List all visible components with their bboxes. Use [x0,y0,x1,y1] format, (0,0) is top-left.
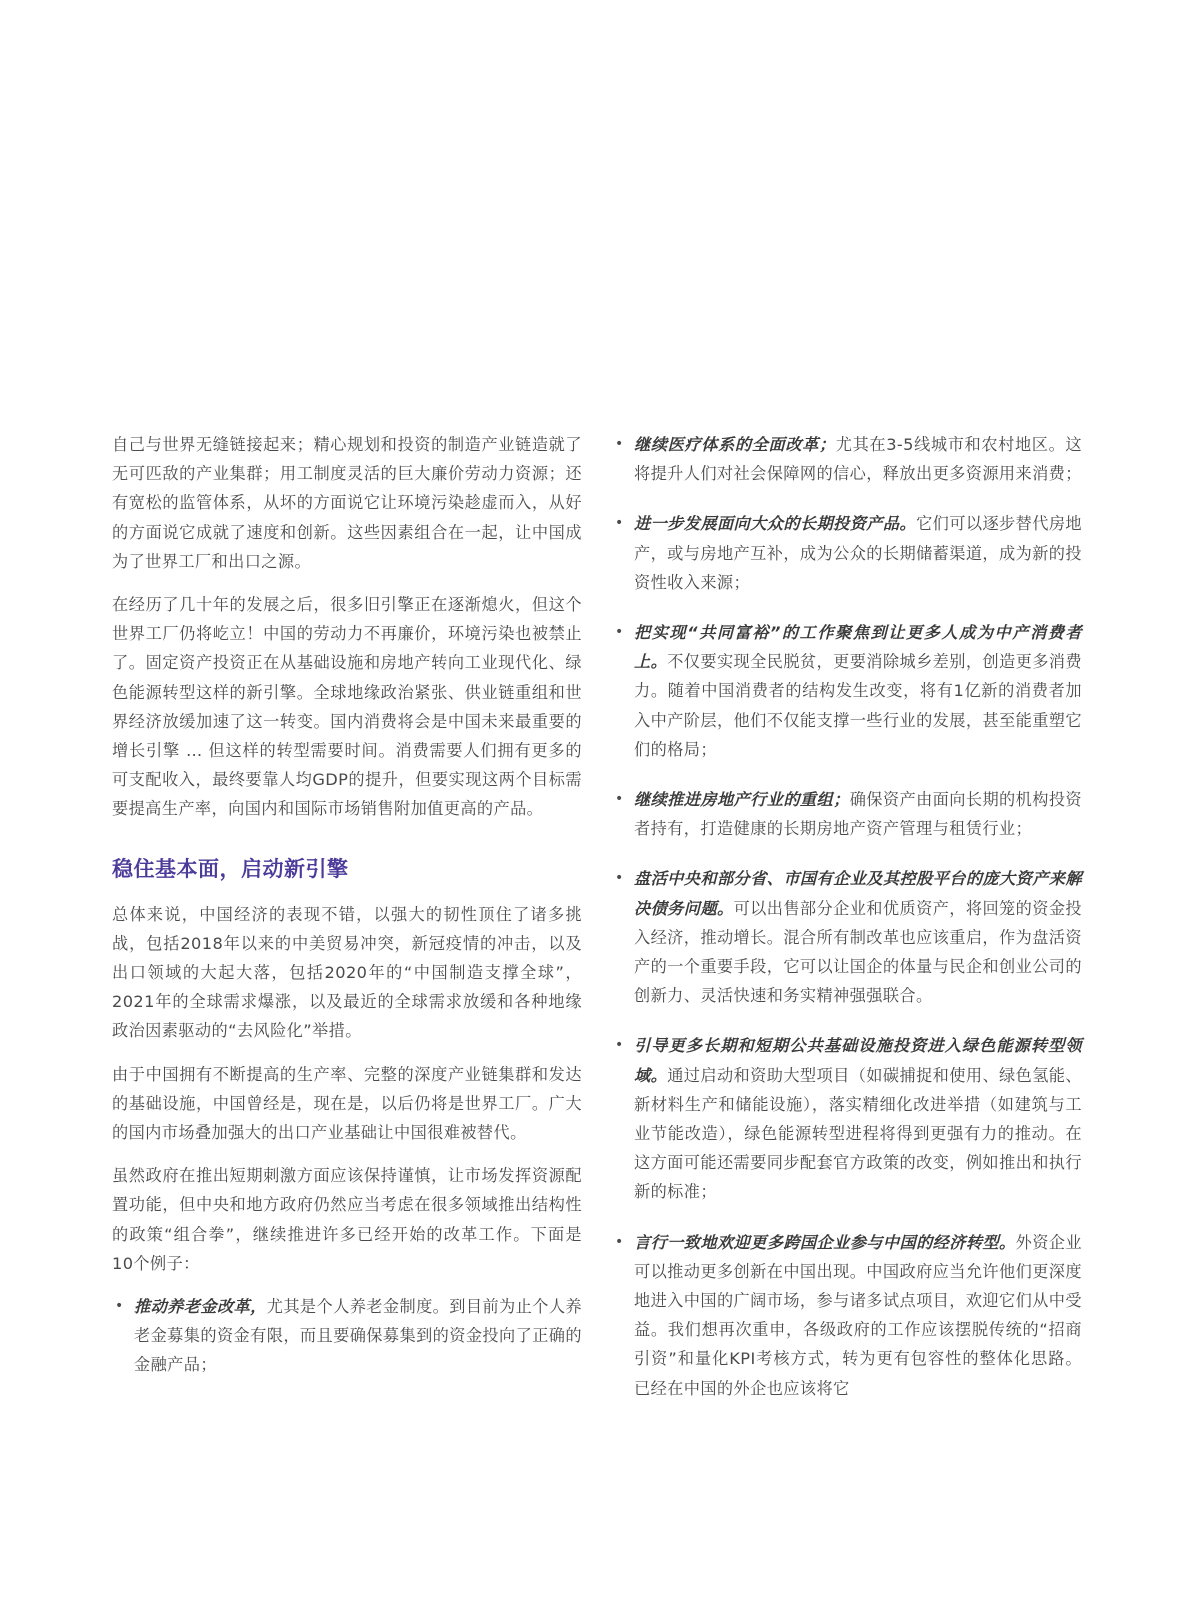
bullet-icon: • [615,785,624,814]
right-column: • 继续医疗体系的全面改革；尤其在3-5线城市和农村地区。这将提升人们对社会保障… [612,430,1082,1424]
left-column: 自己与世界无缝链接起来；精心规划和投资的制造产业链造就了无可匹敌的产业集群；用工… [112,430,582,1401]
bullet-icon: • [615,509,624,538]
bullet-item-real-estate: • 继续推进房地产行业的重组；确保资产由面向长期的机构投资者持有，打造健康的长期… [612,785,1082,843]
bullet-lead: 言行一致地欢迎更多跨国企业参与中国的经济转型。 [634,1233,1016,1252]
body-paragraph: 总体来说，中国经济的表现不错，以强大的韧性顶住了诸多挑战，包括2018年以来的中… [112,900,582,1046]
bullet-icon: • [615,1031,624,1060]
body-paragraph: 由于中国拥有不断提高的生产率、完整的深度产业链集群和发达的基础设施，中国曾经是，… [112,1060,582,1148]
bullet-icon: • [615,430,624,459]
bullet-lead: 推动养老金改革， [134,1297,267,1316]
bullet-icon: • [615,864,624,893]
body-paragraph: 自己与世界无缝链接起来；精心规划和投资的制造产业链造就了无可匹敌的产业集群；用工… [112,430,582,576]
bullet-text: 外资企业可以推动更多创新在中国出现。中国政府应当允许他们更深度地进入中国的广阔市… [634,1233,1082,1398]
body-paragraph: 虽然政府在推出短期刺激方面应该保持谨慎，让市场发挥资源配置功能，但中央和地方政府… [112,1161,582,1278]
bullet-item-healthcare-reform: • 继续医疗体系的全面改革；尤其在3-5线城市和农村地区。这将提升人们对社会保障… [612,430,1082,488]
bullet-icon: • [615,1228,624,1257]
bullet-text: 通过启动和资助大型项目（如碳捕捉和使用、绿色氢能、新材料生产和储能设施），落实精… [634,1066,1082,1202]
document-page: 自己与世界无缝链接起来；精心规划和投资的制造产业链造就了无可匹敌的产业集群；用工… [0,0,1190,1615]
bullet-lead: 进一步发展面向大众的长期投资产品。 [634,514,916,533]
bullet-item-pension-reform: • 推动养老金改革，尤其是个人养老金制度。到目前为止个人养老金募集的资金有限，而… [112,1292,582,1380]
bullet-text: 不仅要实现全民脱贫，更要消除城乡差别，创造更多消费力。随着中国消费者的结构发生改… [634,652,1082,759]
body-paragraph: 在经历了几十年的发展之后，很多旧引擎正在逐渐熄火，但这个世界工厂仍将屹立！中国的… [112,590,582,824]
bullet-item-green-energy: • 引导更多长期和短期公共基础设施投资进入绿色能源转型领域。通过启动和资助大型项… [612,1031,1082,1206]
bullet-item-investment-products: • 进一步发展面向大众的长期投资产品。它们可以逐步替代房地产，或与房地产互补，成… [612,509,1082,597]
bullet-icon: • [615,618,624,647]
bullet-item-common-prosperity: • 把实现“共同富裕”的工作聚焦到让更多人成为中产消费者上。不仅要实现全民脱贫，… [612,618,1082,764]
bullet-lead: 继续医疗体系的全面改革； [634,435,836,454]
bullet-lead: 继续推进房地产行业的重组； [634,790,850,809]
bullet-item-multinationals: • 言行一致地欢迎更多跨国企业参与中国的经济转型。外资企业可以推动更多创新在中国… [612,1228,1082,1403]
section-heading: 稳住基本面，启动新引擎 [112,854,582,884]
bullet-icon: • [115,1292,124,1321]
bullet-item-soe-assets: • 盘活中央和部分省、市国有企业及其控股平台的庞大资产来解决债务问题。可以出售部… [612,864,1082,1010]
